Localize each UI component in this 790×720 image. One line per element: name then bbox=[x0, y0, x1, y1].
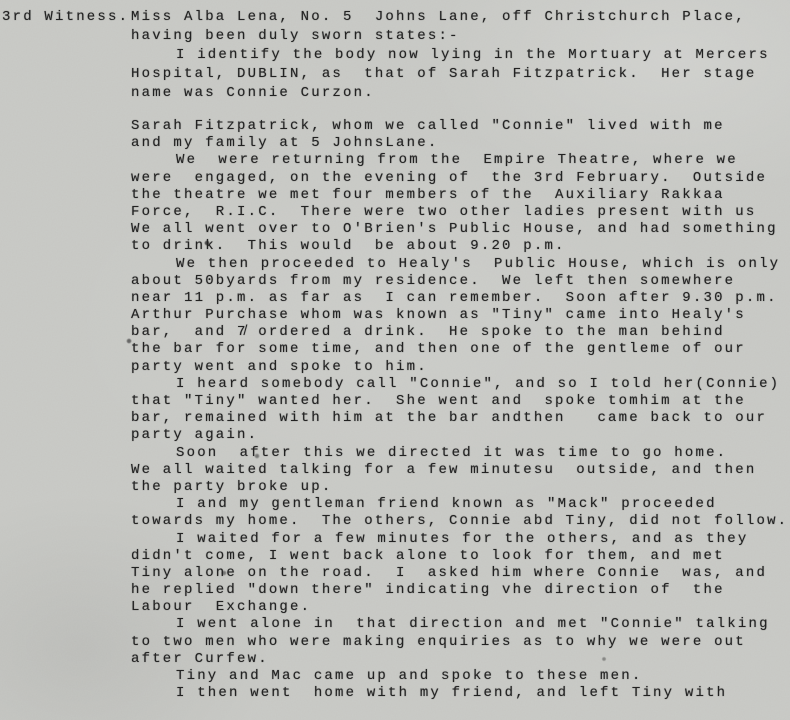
text-line: party went and spoke to him. bbox=[131, 359, 790, 376]
text-line: Hospital, DUBLIN, as that of Sarah Fitzp… bbox=[131, 65, 790, 84]
text-line: I and my gentleman friend known as "Mack… bbox=[131, 496, 790, 513]
text-line: the theatre we met four members of the A… bbox=[131, 187, 790, 204]
paragraph-block: Sarah Fitzpatrick, whom we called "Conni… bbox=[131, 118, 790, 702]
witness-label: 3rd Witness. bbox=[2, 8, 129, 27]
text-line: near 11 p.m. as far as I can remember. S… bbox=[131, 290, 790, 307]
text-line: We all went over to O'Brien's Public Hou… bbox=[131, 221, 790, 238]
text-line: the party broke up. bbox=[131, 479, 790, 496]
text-line: Soon after this we directed it was time … bbox=[131, 445, 790, 462]
statement-lines: Miss Alba Lena, No. 5 Johns Lane, off Ch… bbox=[131, 8, 790, 702]
text-line: didn't come, I went back alone to look f… bbox=[131, 548, 790, 565]
paragraph-block: Miss Alba Lena, No. 5 Johns Lane, off Ch… bbox=[131, 8, 790, 103]
text-line: Labour Exchange. bbox=[131, 599, 790, 616]
text-line: the bar for some time, and then one of t… bbox=[131, 341, 790, 358]
statement-body: Miss Alba Lena, No. 5 Johns Lane, off Ch… bbox=[131, 8, 790, 702]
text-line: party again. bbox=[131, 427, 790, 444]
text-line: towards my home. The others, Connie abd … bbox=[131, 513, 790, 530]
text-line: Miss Alba Lena, No. 5 Johns Lane, off Ch… bbox=[131, 8, 790, 27]
text-line: bar, and 7̸ ordered a drink. He spoke to… bbox=[131, 324, 790, 341]
text-line: Tiny alone on the road. I asked him wher… bbox=[131, 565, 790, 582]
text-line: Sarah Fitzpatrick, whom we called "Conni… bbox=[131, 118, 790, 135]
text-line: bar, remained with him at the bar andthe… bbox=[131, 410, 790, 427]
text-line: after Curfew. bbox=[131, 651, 790, 668]
text-line: having been duly sworn states:- bbox=[131, 27, 790, 46]
text-line: to drink. This would be about 9.20 p.m. bbox=[131, 238, 790, 255]
text-line: Tiny and Mac came up and spoke to these … bbox=[131, 668, 790, 685]
text-line: I went alone in that direction and met "… bbox=[131, 616, 790, 633]
text-line: I identify the body now lying in the Mor… bbox=[131, 46, 790, 65]
text-line: to two men who were making enquiries as … bbox=[131, 634, 790, 651]
text-line: he replied "down there" indicating vhe d… bbox=[131, 582, 790, 599]
text-line: that "Tiny" wanted her. She went and spo… bbox=[131, 393, 790, 410]
text-line: We were returning from the Empire Theatr… bbox=[131, 152, 790, 169]
text-line: Arthur Purchase whom was known as "Tiny"… bbox=[131, 307, 790, 324]
text-line: We then proceeded to Healy's Public Hous… bbox=[131, 256, 790, 273]
text-line: name was Connie Curzon. bbox=[131, 84, 790, 103]
text-line: were engaged, on the evening of the 3rd … bbox=[131, 170, 790, 187]
text-line: I waited for a few minutes for the other… bbox=[131, 531, 790, 548]
text-line: We all waited talking for a few minutesu… bbox=[131, 462, 790, 479]
text-line: Force, R.I.C. There were two other ladie… bbox=[131, 204, 790, 221]
text-line: I heard somebody call "Connie", and so I… bbox=[131, 376, 790, 393]
text-line: I then went home with my friend, and lef… bbox=[131, 685, 790, 702]
document-page: 3rd Witness. Miss Alba Lena, No. 5 Johns… bbox=[0, 0, 790, 720]
text-line: about 50byards from my residence. We lef… bbox=[131, 273, 790, 290]
text-line: and my family at 5 JohnsLane. bbox=[131, 135, 790, 152]
